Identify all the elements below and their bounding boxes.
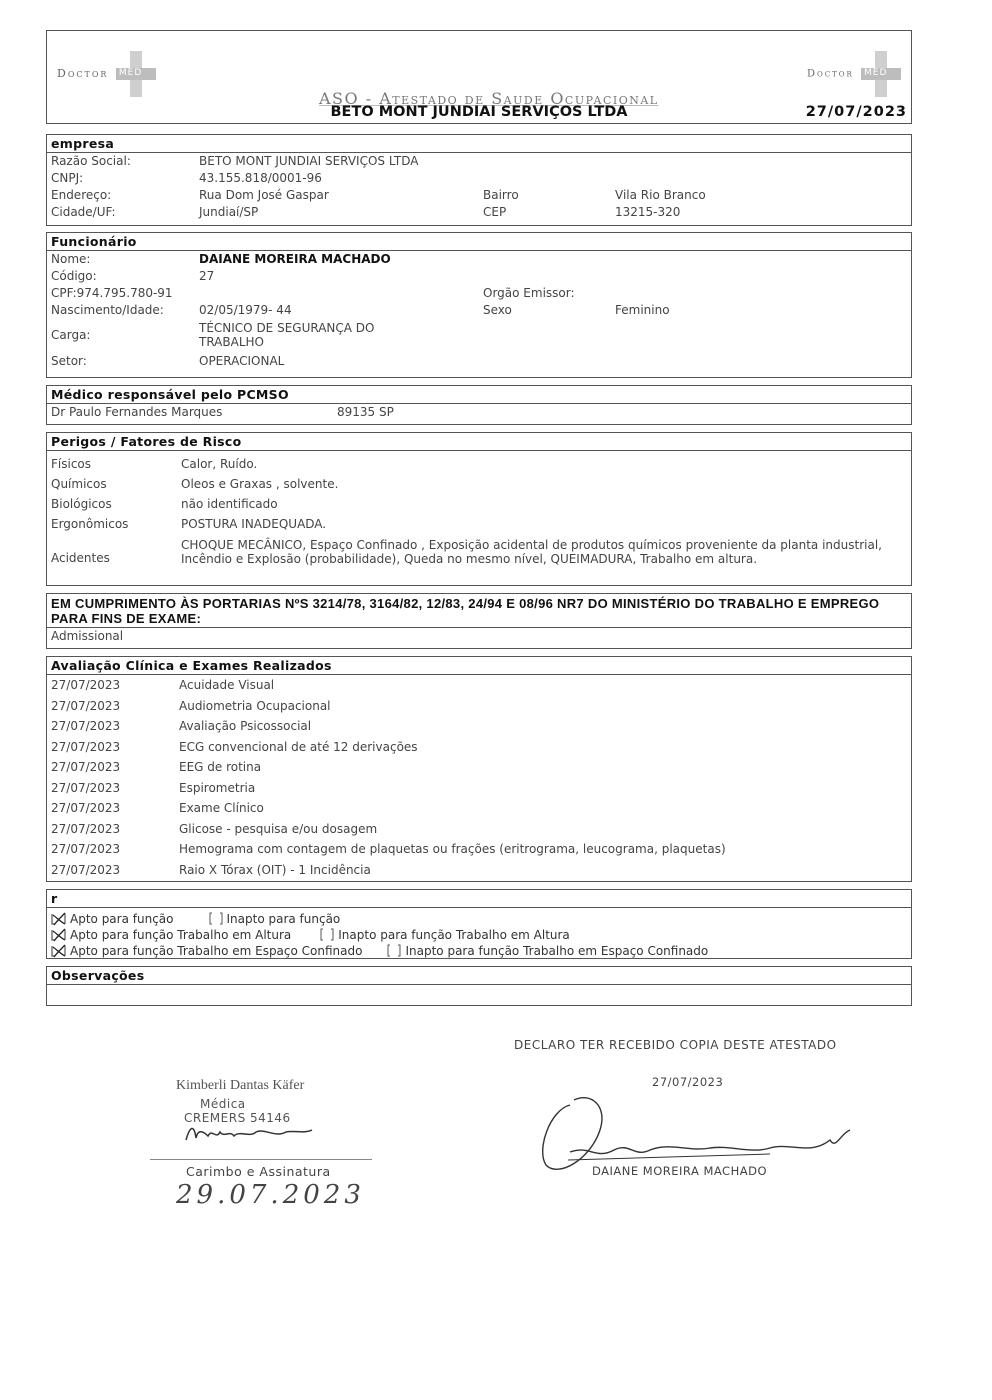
- section-title: empresa: [47, 135, 911, 153]
- section-title: Perigos / Fatores de Risco: [47, 433, 911, 451]
- stamp-role: Médica: [200, 1097, 246, 1111]
- field-value: BETO MONT JUNDIAI SERVIÇOS LTDA: [199, 153, 418, 170]
- aptidao-line: Apto para funçãoInapto para função: [47, 911, 911, 927]
- risk-label: Químicos: [51, 476, 107, 493]
- medical-cross-icon: MED: [116, 59, 156, 89]
- checked-box-icon[interactable]: [51, 946, 65, 958]
- risk-value: não identificado: [181, 496, 278, 513]
- field-label: Carga:: [51, 327, 90, 344]
- field-label: CNPJ:: [51, 170, 83, 187]
- risk-value: Oleos e Graxas , solvente.: [181, 476, 338, 493]
- exam-name: Glicose - pesquisa e/ou dosagem: [179, 819, 377, 840]
- risk-label: Acidentes: [51, 550, 110, 567]
- signature-line: [150, 1159, 372, 1160]
- section-title: Avaliação Clínica e Exames Realizados: [47, 657, 911, 675]
- observacoes-section: Observações: [46, 966, 912, 1006]
- section-title: Funcionário: [47, 233, 911, 251]
- exam-row: 27/07/2023ECG convencional de até 12 der…: [47, 737, 911, 758]
- exam-name: Hemograma com contagem de plaquetas ou f…: [179, 839, 726, 860]
- exam-type: Admissional: [51, 628, 123, 645]
- apto-label: Apto para função Trabalho em Altura: [70, 928, 291, 942]
- empty-checkbox-icon[interactable]: [319, 930, 333, 942]
- risk-value: CHOQUE MECÂNICO, Espaço Confinado , Expo…: [181, 538, 906, 566]
- doctor-med-logo-right: Doctor MED: [807, 59, 901, 89]
- apto-label: Apto para função Trabalho em Espaço Conf…: [70, 944, 362, 958]
- section-title: r: [47, 890, 911, 908]
- doctor-med-logo-left: Doctor MED: [57, 59, 156, 89]
- codigo-row: Código: 27: [47, 268, 911, 285]
- checked-box-icon[interactable]: [51, 914, 65, 926]
- risco-row: Químicos Oleos e Graxas , solvente.: [47, 476, 911, 496]
- risk-label: Ergonômicos: [51, 516, 128, 533]
- riscos-section: Perigos / Fatores de Risco Físicos Calor…: [46, 432, 912, 586]
- field-label: Orgão Emissor:: [483, 285, 575, 302]
- field-value: TÉCNICO DE SEGURANÇA DO TRABALHO: [199, 321, 429, 349]
- exam-date: 27/07/2023: [51, 839, 120, 860]
- risco-row: Acidentes CHOQUE MECÂNICO, Espaço Confin…: [47, 536, 911, 582]
- razao-row: Razão Social: BETO MONT JUNDIAI SERVIÇOS…: [47, 153, 911, 170]
- inapto-label: Inapto para função Trabalho em Altura: [338, 928, 570, 942]
- logo-text: Doctor: [807, 69, 854, 80]
- exam-date: 27/07/2023: [51, 798, 120, 819]
- field-label: Nome:: [51, 251, 90, 268]
- employee-name: DAIANE MOREIRA MACHADO: [199, 251, 391, 268]
- exam-row: 27/07/2023Espirometria: [47, 778, 911, 799]
- stamp-name: Kimberli Dantas Käfer: [176, 1078, 304, 1094]
- aptidao-line: Apto para função Trabalho em Espaço Conf…: [47, 943, 911, 959]
- handwritten-date: 29.07.2023: [176, 1180, 365, 1210]
- exam-date: 27/07/2023: [51, 819, 120, 840]
- risco-row: Biológicos não identificado: [47, 496, 911, 516]
- risco-row: Ergonômicos POSTURA INADEQUADA.: [47, 516, 911, 536]
- setor-row: Setor: OPERACIONAL: [47, 353, 911, 370]
- risk-value: POSTURA INADEQUADA.: [181, 516, 326, 533]
- risk-label: Biológicos: [51, 496, 112, 513]
- exam-row: 27/07/2023EEG de rotina: [47, 757, 911, 778]
- field-label: Cidade/UF:: [51, 204, 116, 221]
- doctor-signature: [180, 1118, 320, 1148]
- exam-date: 27/07/2023: [51, 737, 120, 758]
- cpf-row: CPF:974.795.780-91 Orgão Emissor:: [47, 285, 911, 302]
- stamp-caption: Carimbo e Assinatura: [186, 1164, 331, 1179]
- result-lines: Apto para funçãoInapto para funçãoApto p…: [47, 911, 911, 959]
- exam-name: Exame Clínico: [179, 798, 264, 819]
- empty-checkbox-icon[interactable]: [386, 946, 400, 958]
- section-title: EM CUMPRIMENTO ÀS PORTARIAS NºS 3214/78,…: [47, 594, 911, 628]
- tipo-exame-row: Admissional: [47, 628, 911, 645]
- exam-date: 27/07/2023: [51, 778, 120, 799]
- exam-row: 27/07/2023Acuidade Visual: [47, 675, 911, 696]
- field-label: Razão Social:: [51, 153, 131, 170]
- risco-row: Físicos Calor, Ruído.: [47, 456, 911, 476]
- field-label: Bairro: [483, 187, 519, 204]
- exam-row: 27/07/2023Glicose - pesquisa e/ou dosage…: [47, 819, 911, 840]
- exam-row: 27/07/2023Hemograma com contagem de plaq…: [47, 839, 911, 860]
- aptidao-line: Apto para função Trabalho em AlturaInapt…: [47, 927, 911, 943]
- exam-date: 27/07/2023: [51, 675, 120, 696]
- exam-row: 27/07/2023Exame Clínico: [47, 798, 911, 819]
- exam-date: 27/07/2023: [51, 860, 120, 881]
- field-label: Sexo: [483, 302, 512, 319]
- exam-row: 27/07/2023Avaliação Psicossocial: [47, 716, 911, 737]
- doctor-crm: 89135 SP: [337, 404, 394, 421]
- section-title: Médico responsável pelo PCMSO: [47, 386, 911, 404]
- field-value: 02/05/1979- 44: [199, 302, 292, 319]
- inapto-label: Inapto para função Trabalho em Espaço Co…: [405, 944, 708, 958]
- exam-date: 27/07/2023: [51, 716, 120, 737]
- section-title: Observações: [47, 967, 911, 985]
- checked-box-icon[interactable]: [51, 930, 65, 942]
- medical-cross-icon: MED: [861, 59, 901, 89]
- header-date: 27/07/2023: [806, 104, 907, 120]
- inapto-label: Inapto para função: [227, 912, 341, 926]
- exam-name: Acuidade Visual: [179, 675, 274, 696]
- declaracao-text: DECLARO TER RECEBIDO COPIA DESTE ATESTAD…: [514, 1038, 837, 1052]
- field-value: OPERACIONAL: [199, 353, 284, 370]
- exam-row: 27/07/2023Audiometria Ocupacional: [47, 696, 911, 717]
- empty-checkbox-icon[interactable]: [208, 914, 222, 926]
- exam-date: 27/07/2023: [51, 696, 120, 717]
- risk-label: Físicos: [51, 456, 91, 473]
- field-value: Jundiaí/SP: [199, 204, 258, 221]
- field-value: 13215-320: [615, 204, 680, 221]
- exames-section: Avaliação Clínica e Exames Realizados 27…: [46, 656, 912, 882]
- field-value: Vila Rio Branco: [615, 187, 706, 204]
- field-label: Nascimento/Idade:: [51, 302, 164, 319]
- observacoes-text: [47, 985, 911, 1002]
- apto-label: Apto para função: [70, 912, 174, 926]
- cpf-value: CPF:974.795.780-91: [51, 285, 173, 302]
- carga-row: Carga: TÉCNICO DE SEGURANÇA DO TRABALHO: [47, 319, 911, 353]
- doctor-name: Dr Paulo Fernandes Marques: [51, 404, 222, 421]
- portarias-section: EM CUMPRIMENTO ÀS PORTARIAS NºS 3214/78,…: [46, 593, 912, 649]
- exam-list: 27/07/2023Acuidade Visual27/07/2023Audio…: [47, 675, 911, 880]
- field-value: Rua Dom José Gaspar: [199, 187, 329, 204]
- exam-row: 27/07/2023Raio X Tórax (OIT) - 1 Incidên…: [47, 860, 911, 881]
- field-label: Endereço:: [51, 187, 111, 204]
- declaracao-date: 27/07/2023: [652, 1075, 723, 1089]
- medico-section: Médico responsável pelo PCMSO Dr Paulo F…: [46, 385, 912, 425]
- medico-row: Dr Paulo Fernandes Marques 89135 SP: [47, 404, 911, 421]
- resultado-section: r Apto para funçãoInapto para funçãoApto…: [46, 889, 912, 959]
- field-value: Feminino: [615, 302, 670, 319]
- cnpj-row: CNPJ: 43.155.818/0001-96: [47, 170, 911, 187]
- logo-text: Doctor: [57, 67, 108, 80]
- empresa-section: empresa Razão Social: BETO MONT JUNDIAI …: [46, 134, 912, 226]
- employee-printed-name: DAIANE MOREIRA MACHADO: [592, 1164, 767, 1178]
- nascimento-row: Nascimento/Idade: 02/05/1979- 44 Sexo Fe…: [47, 302, 911, 319]
- exam-name: Avaliação Psicossocial: [179, 716, 311, 737]
- endereco-row: Endereço: Rua Dom José Gaspar Bairro Vil…: [47, 187, 911, 204]
- funcionario-section: Funcionário Nome: DAIANE MOREIRA MACHADO…: [46, 232, 912, 378]
- cidade-row: Cidade/UF: Jundiaí/SP CEP 13215-320: [47, 204, 911, 221]
- document-header: Doctor MED ASO - Atestado de Saude Ocupa…: [46, 30, 912, 124]
- exam-name: Audiometria Ocupacional: [179, 696, 331, 717]
- exam-name: ECG convencional de até 12 derivações: [179, 737, 418, 758]
- risk-value: Calor, Ruído.: [181, 456, 257, 473]
- field-label: Setor:: [51, 353, 87, 370]
- field-label: CEP: [483, 204, 506, 221]
- exam-date: 27/07/2023: [51, 757, 120, 778]
- field-label: Código:: [51, 268, 97, 285]
- field-value: 27: [199, 268, 214, 285]
- nome-row: Nome: DAIANE MOREIRA MACHADO: [47, 251, 911, 268]
- field-value: 43.155.818/0001-96: [199, 170, 322, 187]
- exam-name: Raio X Tórax (OIT) - 1 Incidência: [179, 860, 371, 881]
- exam-name: Espirometria: [179, 778, 255, 799]
- company-title: BETO MONT JUNDIAI SERVIÇOS LTDA: [47, 104, 911, 120]
- exam-name: EEG de rotina: [179, 757, 261, 778]
